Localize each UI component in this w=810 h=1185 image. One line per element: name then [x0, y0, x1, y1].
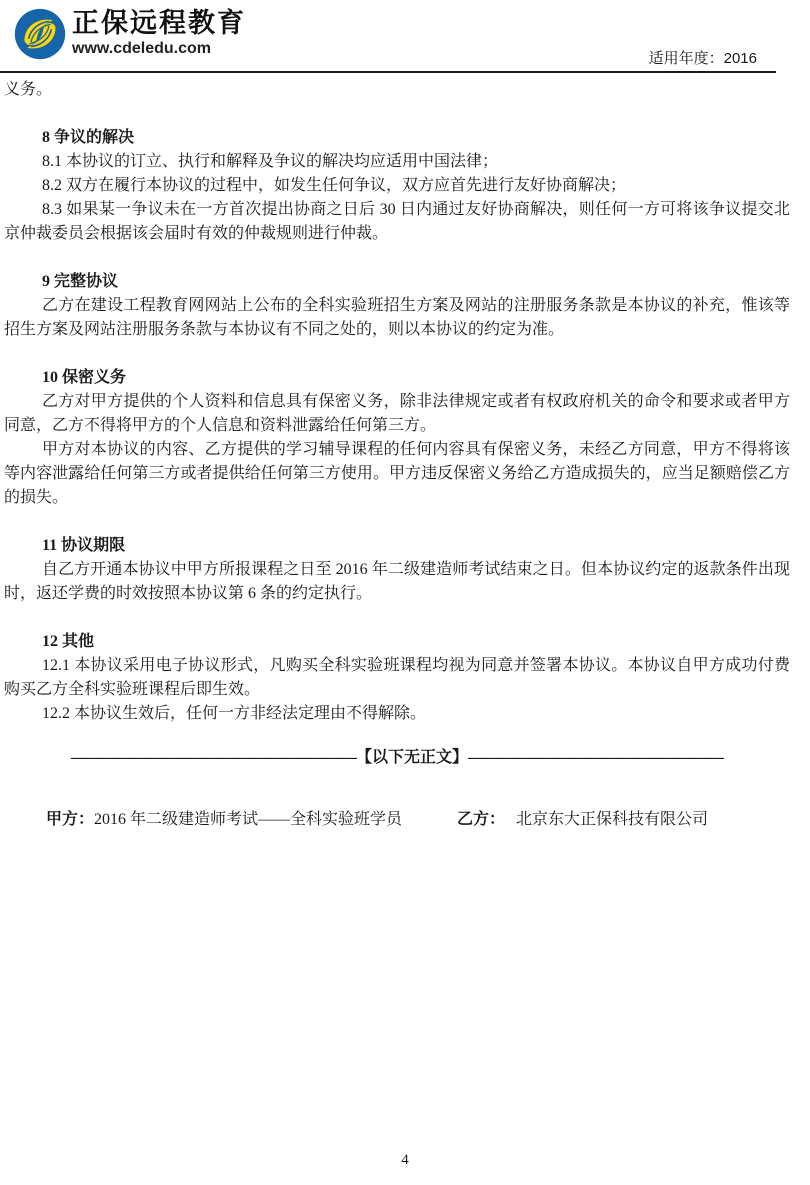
- party-b-value: 北京东大正保科技有限公司: [516, 811, 708, 828]
- contract-body: 义务。 8 争议的解决 8.1 本协议的订立、执行和解释及争议的解决均应适用中国…: [0, 73, 810, 832]
- party-a-label: 甲方：: [46, 811, 94, 828]
- party-b-label: 乙方：: [457, 811, 505, 828]
- section-12-heading: 12 其他: [42, 630, 790, 654]
- clause-8-3: 8.3 如果某一争议未在一方首次提出协商之日后 30 日内通过友好协商解决，则任…: [4, 198, 790, 246]
- party-b: 乙方：北京东大正保科技有限公司: [457, 808, 708, 832]
- contract-page: 正保远程教育 www.cdeledu.com 适用年度：2016 义务。 8 争…: [0, 0, 810, 1185]
- applicable-year-label: 适用年度：2016: [649, 47, 757, 68]
- end-marker-left-dashes: ———————————————————: [71, 746, 356, 770]
- end-marker-label: 【以下无正文】: [356, 746, 468, 770]
- clause-11-body: 自乙方开通本协议中甲方所报课程之日至 2016 年二级建造师考试结束之日。但本协…: [4, 558, 790, 606]
- clause-10-para-2: 甲方对本协议的内容、乙方提供的学习辅导课程的任何内容具有保密义务，未经乙方同意，…: [4, 438, 790, 510]
- party-a-value: 2016 年二级建造师考试——全科实验班学员: [94, 811, 402, 828]
- brand: 正保远程教育 www.cdeledu.com: [72, 8, 246, 58]
- clause-10-para-1: 乙方对甲方提供的个人资料和信息具有保密义务，除非法律规定或者有权政府机关的命令和…: [4, 390, 790, 438]
- brand-url: www.cdeledu.com: [72, 40, 246, 58]
- section-8-heading: 8 争议的解决: [42, 126, 790, 150]
- clause-12-1: 12.1 本协议采用电子协议形式，凡购买全科实验班课程均视为同意并签署本协议。本…: [4, 654, 790, 702]
- zhengbao-logo-icon: [14, 8, 66, 60]
- end-marker-right-dashes: —————————————————: [468, 746, 723, 770]
- page-header: 正保远程教育 www.cdeledu.com 适用年度：2016: [0, 0, 810, 71]
- clause-8-1: 8.1 本协议的订立、执行和解释及争议的解决均应适用中国法律；: [4, 150, 790, 174]
- section-9-heading: 9 完整协议: [42, 270, 790, 294]
- signature-row: 甲方：2016 年二级建造师考试——全科实验班学员 乙方：北京东大正保科技有限公…: [4, 808, 790, 832]
- carryover-text: 义务。: [4, 78, 790, 102]
- party-a: 甲方：2016 年二级建造师考试——全科实验班学员: [46, 808, 402, 832]
- clause-9-body: 乙方在建设工程教育网网站上公布的全科实验班招生方案及网站的注册服务条款是本协议的…: [4, 294, 790, 342]
- brand-name: 正保远程教育: [72, 8, 246, 38]
- clause-12-2: 12.2 本协议生效后，任何一方非经法定理由不得解除。: [4, 702, 790, 726]
- page-number: 4: [0, 1152, 810, 1169]
- section-10-heading: 10 保密义务: [42, 366, 790, 390]
- clause-8-2: 8.2 双方在履行本协议的过程中，如发生任何争议，双方应首先进行友好协商解决；: [4, 174, 790, 198]
- end-of-text-marker: ——————————————————— 【以下无正文】 ————————————…: [4, 746, 790, 770]
- section-11-heading: 11 协议期限: [42, 534, 790, 558]
